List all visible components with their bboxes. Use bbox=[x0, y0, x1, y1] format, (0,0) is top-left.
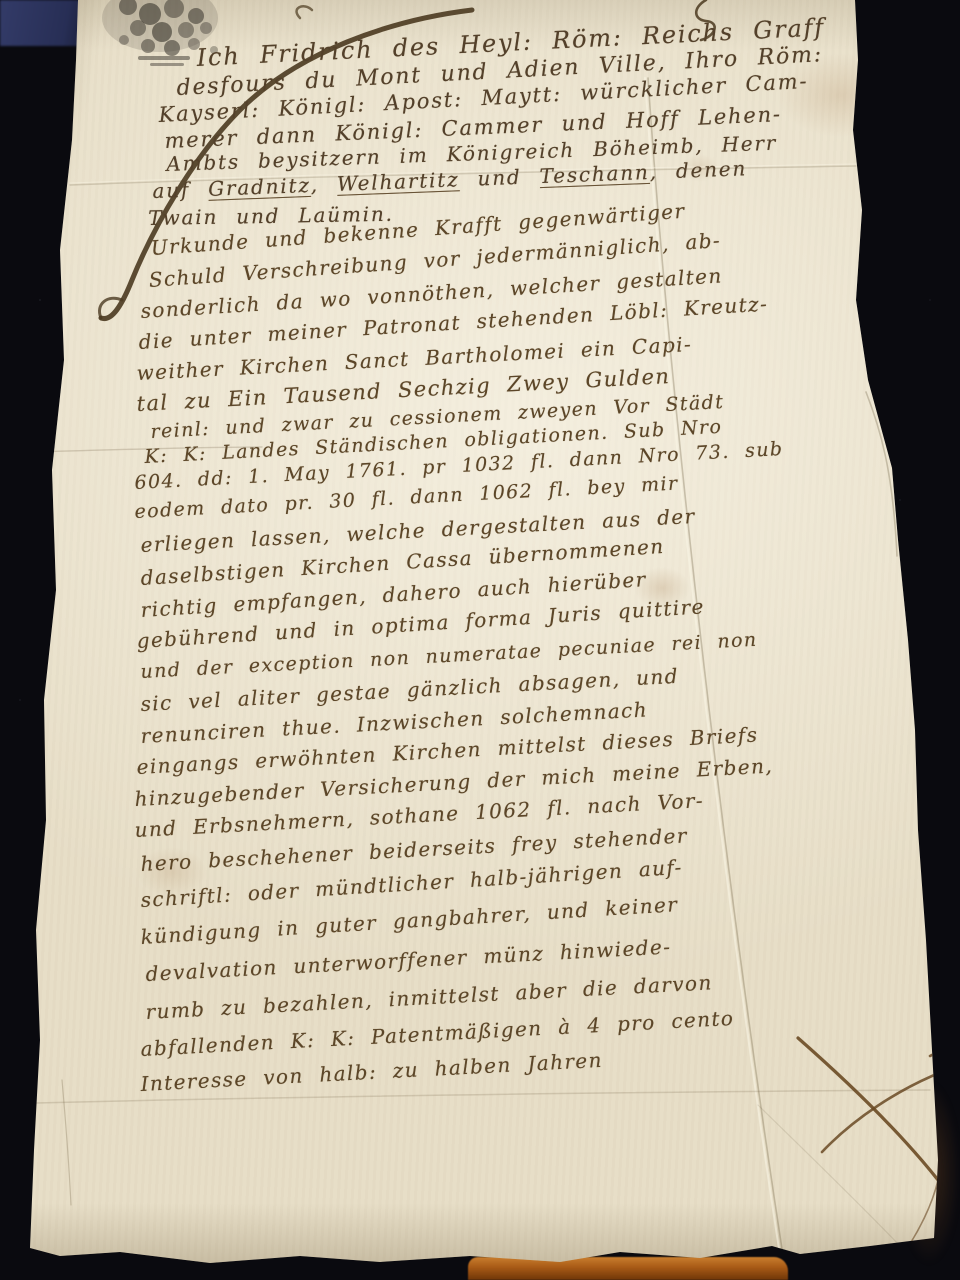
manuscript-line: erliegen lassen, welche dergestalten aus… bbox=[140, 504, 696, 557]
manuscript-line: Urkunde und bekenne Krafft gegenwärtiger bbox=[150, 199, 686, 260]
paper-creases bbox=[32, 78, 930, 1262]
manuscript-line: Ambts beysitzern im Königreich Böheimb, … bbox=[166, 131, 778, 176]
manuscript-text-layer: Ich Fridrich des Heyl: Röm: Reichs Graff… bbox=[0, 0, 960, 1280]
manuscript-line: schriftl: oder mündtlicher halb-jährigen… bbox=[140, 855, 683, 912]
paper-marks-overlay bbox=[0, 0, 960, 1280]
manuscript-line: sonderlich da wo vonnöthen, welcher gest… bbox=[140, 263, 723, 323]
top-squiggle bbox=[696, 0, 714, 40]
manuscript-line: Ich Fridrich des Heyl: Röm: Reichs Graff bbox=[196, 13, 826, 72]
manuscript-line: 604. dd: 1. May 1761. pr 1032 fl. dann N… bbox=[134, 438, 784, 494]
manuscript-line: die unter meiner Patronat stehenden Löbl… bbox=[138, 292, 769, 354]
manuscript-line: und Erbsnehmern, sothane 1062 fl. nach V… bbox=[134, 788, 705, 842]
manuscript-line: merer dann Königl: Cammer und Hoff Lehen… bbox=[164, 102, 782, 153]
manuscript-line: richtig empfangen, dahero auch hierüber bbox=[140, 567, 647, 622]
manuscript-line: devalvation unterworffener münz hinwiede… bbox=[145, 934, 672, 986]
manuscript-line: hero beschehener beiderseits frey stehen… bbox=[140, 823, 688, 876]
manuscript-paper-sheet: Ich Fridrich des Heyl: Röm: Reichs Graff… bbox=[0, 0, 960, 1280]
manuscript-line: tal zu Ein Tausend Sechzig Zwey Gulden bbox=[136, 364, 671, 416]
manuscript-line: weither Kirchen Sanct Bartholomei ein Ca… bbox=[136, 332, 693, 385]
manuscript-line: abfallenden K: K: Patentmäßigen à 4 pro … bbox=[140, 1006, 735, 1061]
manuscript-line: Kayserl: Königl: Apost: Maytt: würcklich… bbox=[158, 69, 809, 127]
manuscript-line: renunciren thue. Inzwischen solchemnach bbox=[140, 697, 649, 748]
manuscript-line: Schuld Verschreibung vor jedermänniglich… bbox=[148, 228, 722, 292]
opening-flourish bbox=[99, 6, 472, 318]
manuscript-line: eodem dato pr. 30 fl. dann 1062 fl. bey … bbox=[134, 473, 679, 523]
orange-object-under-paper bbox=[468, 1257, 788, 1280]
manuscript-line: rumb zu bezahlen, inmittelst aber die da… bbox=[145, 970, 713, 1024]
manuscript-line: auf Gradnitz, Welhartitz und Teschann, d… bbox=[152, 156, 748, 203]
manuscript-line: Interesse von halb: zu halben Jahren bbox=[140, 1048, 603, 1096]
manuscript-line: desfours du Mont und Adien Ville, Ihro R… bbox=[176, 42, 824, 101]
manuscript-line: sic vel aliter gestae gänzlich absagen, … bbox=[140, 664, 679, 716]
manuscript-line: reinl: und zwar zu cessionem zweyen Vor … bbox=[150, 391, 725, 443]
manuscript-line: daselbstigen Kirchen Cassa übernommenen bbox=[140, 534, 665, 590]
manuscript-line: und der exception non numeratae pecuniae… bbox=[140, 629, 758, 683]
manuscript-line: hinzugebender Versicherung der mich mein… bbox=[134, 754, 774, 811]
ink-stamp bbox=[102, 0, 218, 66]
manuscript-line: Twain und Laümin. bbox=[148, 202, 394, 230]
manuscript-line: K: K: Landes Ständischen obligationen. S… bbox=[144, 416, 723, 468]
closing-flourish bbox=[798, 1038, 948, 1250]
manuscript-line: gebührend und in optima forma Juris quit… bbox=[136, 594, 705, 653]
manuscript-line: kündigung in guter gangbahrer, und keine… bbox=[140, 892, 679, 949]
manuscript-line: eingangs erwöhnten Kirchen mittelst dies… bbox=[136, 722, 759, 779]
photo-of-manuscript-document: Ich Fridrich des Heyl: Röm: Reichs Graff… bbox=[0, 0, 960, 1280]
